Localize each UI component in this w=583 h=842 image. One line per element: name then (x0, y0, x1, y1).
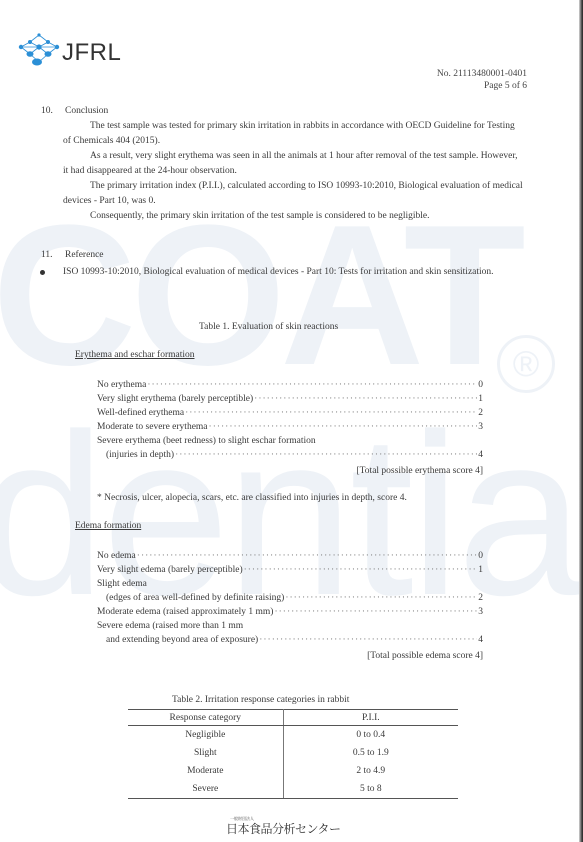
score-row: Very slight edema (barely perceptible)1 (97, 563, 483, 577)
erythema-note: * Necrosis, ulcer, alopecia, scars, etc.… (97, 493, 407, 503)
section-heading-reference: 11.Reference (41, 248, 104, 263)
edema-score-list: No edema0Very slight edema (barely perce… (97, 549, 483, 663)
score-label: Slight edema (97, 577, 147, 591)
leader-dots (254, 392, 477, 406)
score-row: Well-defined erythema2 (97, 406, 483, 420)
edema-heading: Edema formation (75, 521, 141, 531)
response-category-cell: Severe (128, 780, 283, 799)
score-row: Severe erythema (beet redness) to slight… (97, 434, 483, 448)
score-row: Very slight erythema (barely perceptible… (97, 392, 483, 406)
score-value: 2 (478, 591, 483, 605)
score-label: and extending beyond area of exposure) (97, 633, 258, 647)
total-score: [Total possible edema score 4] (97, 649, 483, 663)
jfrl-logo: JFRL (18, 32, 121, 71)
score-row: Moderate to severe erythema3 (97, 420, 483, 434)
score-label: Very slight erythema (barely perceptible… (97, 392, 253, 406)
table2-caption: Table 2. Irritation response categories … (172, 695, 349, 705)
score-label: (injuries in depth) (97, 448, 174, 462)
leader-dots (175, 448, 477, 462)
score-value: 2 (478, 406, 483, 420)
score-row: Slight edema (97, 577, 483, 591)
score-value: 3 (478, 605, 483, 619)
leader-dots (244, 563, 478, 577)
pii-range-cell: 5 to 8 (283, 780, 458, 799)
table-row: Severe5 to 8 (128, 780, 458, 799)
logo-text: JFRL (62, 39, 121, 67)
score-row: and extending beyond area of exposure)4 (97, 633, 483, 647)
score-value: 4 (478, 448, 483, 462)
table-header-row: Response category P.I.I. (128, 710, 458, 726)
erythema-score-list: No erythema0Very slight erythema (barely… (97, 378, 483, 478)
column-header: Response category (128, 710, 283, 726)
score-row: No edema0 (97, 549, 483, 563)
footer-organization: 一般財団法人 日本食品分析センター (226, 816, 341, 837)
table-row: Moderate2 to 4.9 (128, 762, 458, 780)
score-value: 0 (478, 378, 483, 392)
reference-item: ISO 10993-10:2010, Biological evaluation… (38, 265, 553, 280)
score-row: (injuries in depth)4 (97, 448, 483, 462)
score-label: Very slight edema (barely perceptible) (97, 563, 243, 577)
pii-range-cell: 0 to 0.4 (283, 726, 458, 745)
table1-caption: Table 1. Evaluation of skin reactions (199, 322, 338, 332)
response-category-cell: Moderate (128, 762, 283, 780)
score-label: Moderate to severe erythema (97, 420, 208, 434)
document-number: No. 21113480001-0401 (437, 68, 527, 80)
leader-dots (209, 420, 478, 434)
conclusion-paragraph: As a result, very slight erythema was se… (63, 149, 523, 179)
table-row: Slight0.5 to 1.9 (128, 744, 458, 762)
score-label: Severe erythema (beet redness) to slight… (97, 434, 316, 448)
conclusion-paragraph: Consequently, the primary skin irritatio… (63, 209, 523, 224)
leader-dots (259, 633, 477, 647)
score-label: Well-defined erythema (97, 406, 184, 420)
score-label: Severe edema (raised more than 1 mm (97, 619, 243, 633)
score-value: 0 (478, 549, 483, 563)
score-label: Moderate edema (raised approximately 1 m… (97, 605, 273, 619)
score-value: 1 (478, 563, 483, 577)
page-number: Page 5 of 6 (437, 80, 527, 92)
score-row: (edges of area well-defined by definite … (97, 591, 483, 605)
section-heading-conclusion: 10.Conclusion (41, 104, 108, 119)
score-label: No edema (97, 549, 136, 563)
leader-dots (147, 378, 477, 392)
erythema-heading: Erythema and eschar formation (75, 350, 195, 360)
document-meta: No. 21113480001-0401 Page 5 of 6 (437, 68, 527, 92)
conclusion-paragraph: The test sample was tested for primary s… (63, 119, 523, 149)
score-row: No erythema0 (97, 378, 483, 392)
score-row: Moderate edema (raised approximately 1 m… (97, 605, 483, 619)
pii-range-cell: 0.5 to 1.9 (283, 744, 458, 762)
document-page: JFRL No. 21113480001-0401 Page 5 of 6 10… (0, 0, 583, 842)
score-value: 4 (478, 633, 483, 647)
footer-org-name: 日本食品分析センター (226, 820, 341, 837)
leader-dots (185, 406, 477, 420)
total-score: [Total possible erythema score 4] (97, 464, 483, 478)
leader-dots (274, 605, 477, 619)
leader-dots (137, 549, 477, 563)
leader-dots (285, 591, 477, 605)
score-label: No erythema (97, 378, 146, 392)
score-value: 3 (478, 420, 483, 434)
score-label: (edges of area well-defined by definite … (97, 591, 284, 605)
response-category-cell: Negligible (128, 726, 283, 745)
score-value: 1 (478, 392, 483, 406)
scan-edge (579, 0, 583, 842)
network-nodes-icon (18, 32, 60, 71)
irritation-categories-table: Response category P.I.I. Negligible0 to … (128, 709, 458, 799)
bullet-icon (40, 270, 45, 275)
table-row: Negligible0 to 0.4 (128, 726, 458, 745)
score-row: Severe edema (raised more than 1 mm (97, 619, 483, 633)
response-category-cell: Slight (128, 744, 283, 762)
column-header: P.I.I. (283, 710, 458, 726)
pii-range-cell: 2 to 4.9 (283, 762, 458, 780)
conclusion-paragraph: The primary irritation index (P.I.I.), c… (63, 179, 523, 209)
